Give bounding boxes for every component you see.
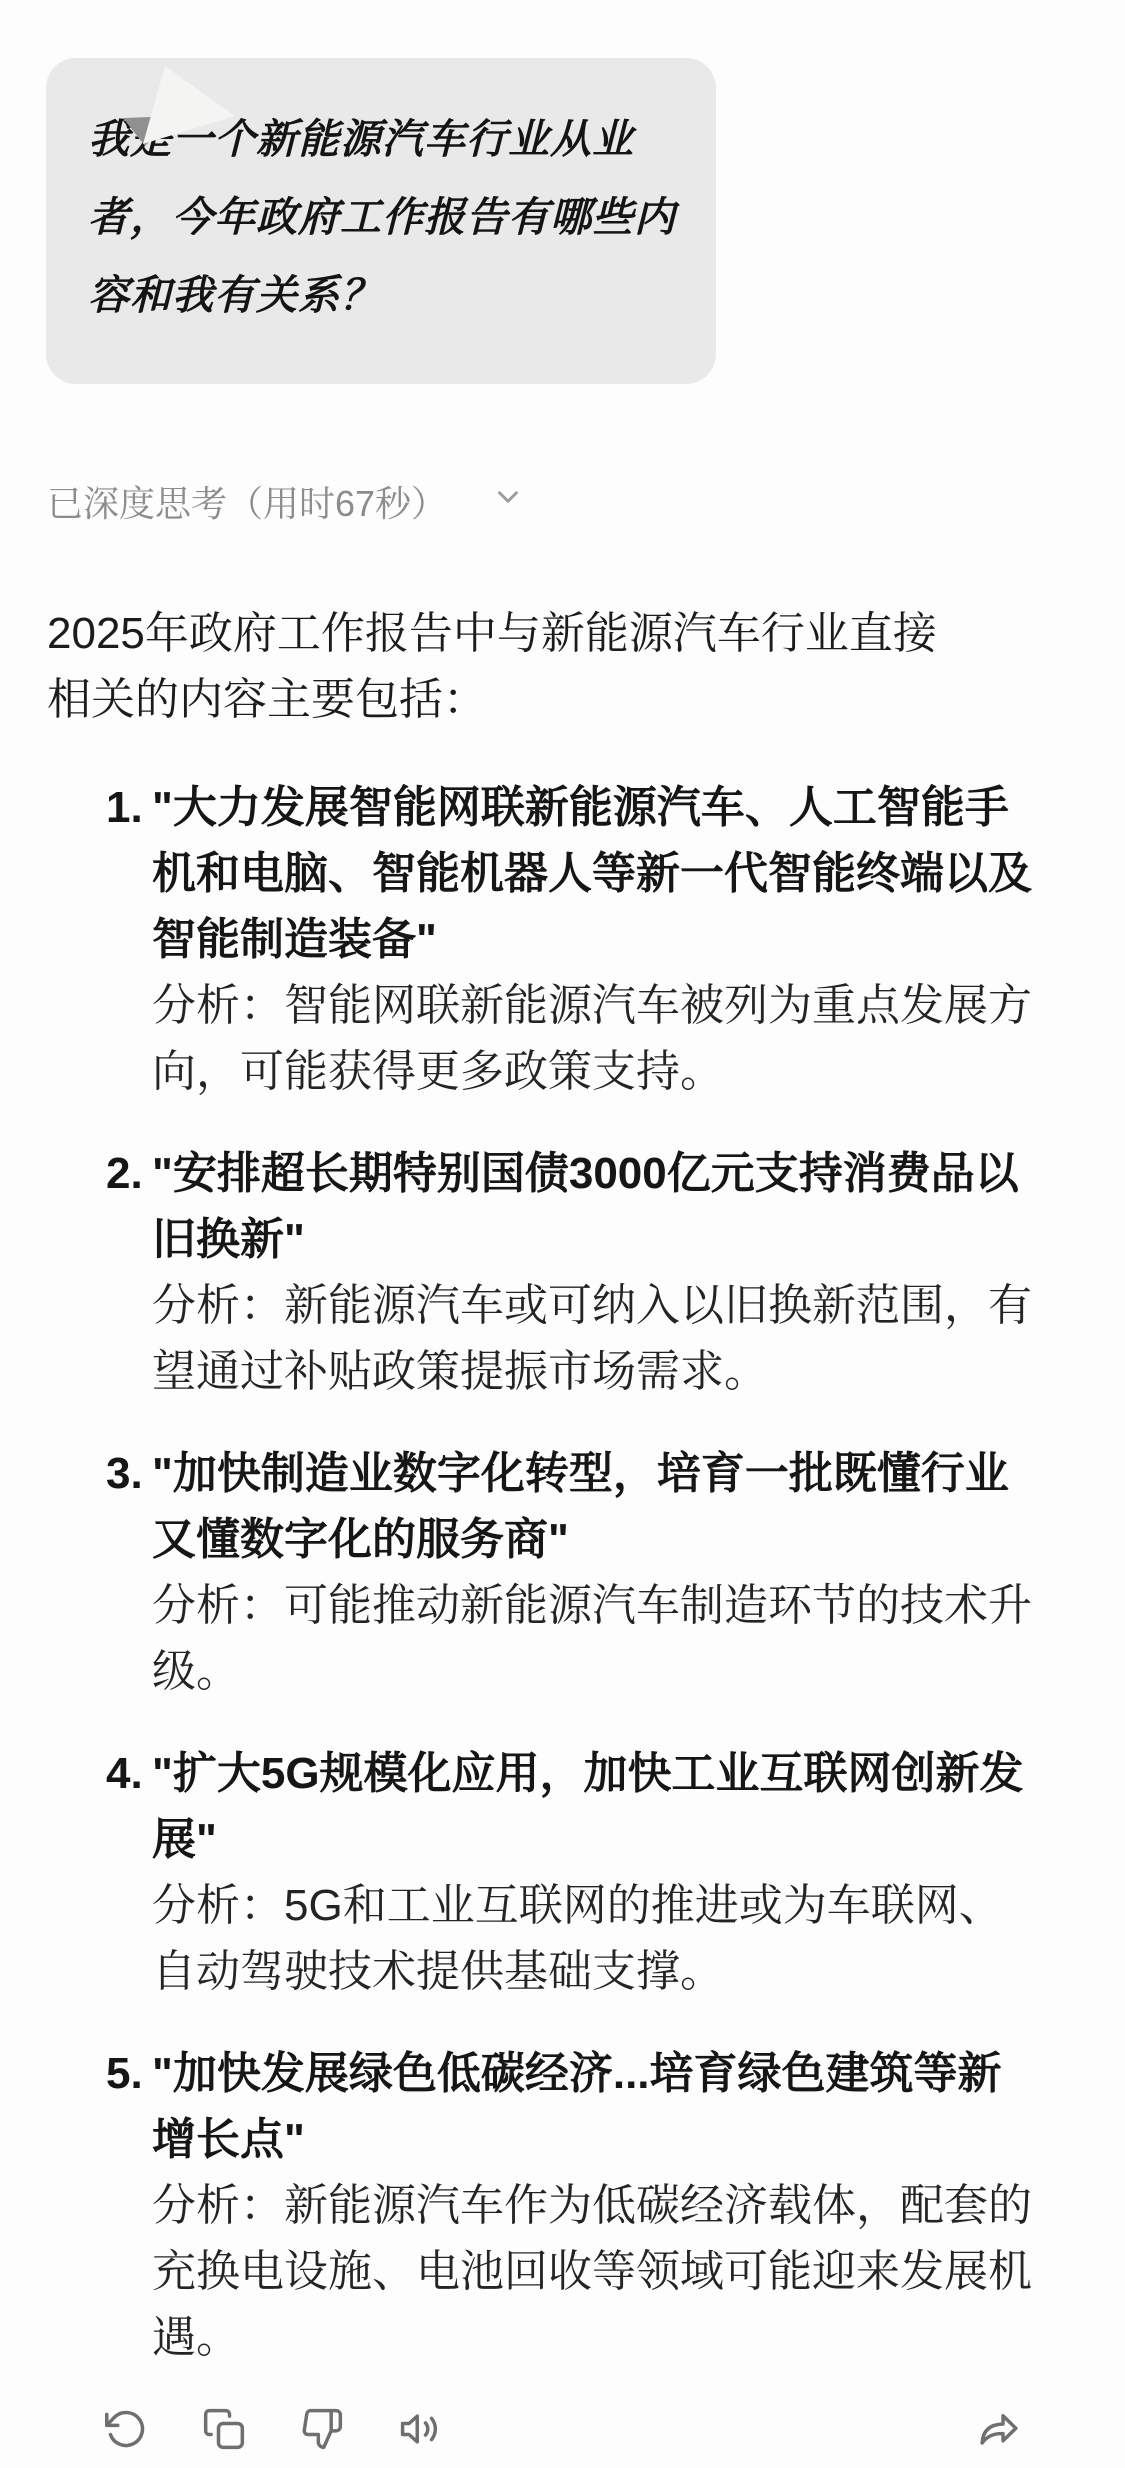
list-item-number: 2. (106, 1141, 152, 1405)
read-aloud-button[interactable] (398, 2407, 442, 2451)
list-item: 1. "大力发展智能网联新能源汽车、人工智能手 机和电脑、智能机器人等新一代智能… (106, 775, 1089, 1105)
list-item-number: 4. (106, 1741, 152, 2005)
bubble-tail (95, 58, 245, 150)
list-item-quote: "扩大5G规模化应用，加快工业互联网创新发 展" (152, 1741, 1089, 1873)
list-item-analysis: 分析：智能网联新能源汽车被列为重点发展方 向，可能获得更多政策支持。 (152, 973, 1089, 1105)
regenerate-icon (104, 2407, 148, 2451)
list-item-quote: "安排超长期特别国债3000亿元支持消费品以 旧换新" (152, 1141, 1089, 1273)
copy-button[interactable] (202, 2407, 246, 2451)
copy-icon (202, 2407, 246, 2451)
list-item: 5. "加快发展绿色低碳经济...培育绿色建筑等新 增长点" 分析：新能源汽车作… (106, 2041, 1089, 2371)
list-item: 4. "扩大5G规模化应用，加快工业互联网创新发 展" 分析：5G和工业互联网的… (106, 1741, 1089, 2005)
thumbs-down-icon (300, 2407, 344, 2451)
user-message: 我是一个新能源汽车行业从业 者，今年政府工作报告有哪些内 容和我有关系？ (0, 58, 1125, 384)
assistant-answer: 2025年政府工作报告中与新能源汽车行业直接 相关的内容主要包括： 1. "大力… (0, 601, 1125, 2371)
message-toolbar (0, 2407, 1125, 2451)
list-item-number: 3. (106, 1441, 152, 1705)
list-item-analysis: 分析：新能源汽车作为低碳经济载体，配套的 充换电设施、电池回收等领域可能迎来发展… (152, 2173, 1089, 2371)
regenerate-button[interactable] (104, 2407, 148, 2451)
list-item-analysis: 分析：新能源汽车或可纳入以旧换新范围，有 望通过补贴政策提振市场需求。 (152, 1273, 1089, 1405)
share-button[interactable] (977, 2407, 1021, 2451)
list-item-quote: "加快制造业数字化转型，培育一批既懂行业 又懂数字化的服务商" (152, 1441, 1089, 1573)
list-item: 2. "安排超长期特别国债3000亿元支持消费品以 旧换新" 分析：新能源汽车或… (106, 1141, 1089, 1405)
list-item-analysis: 分析：5G和工业互联网的推进或为车联网、 自动驾驶技术提供基础支撑。 (152, 1873, 1089, 2005)
thumbs-down-button[interactable] (300, 2407, 344, 2451)
chevron-down-icon (491, 480, 525, 523)
share-icon (977, 2407, 1021, 2451)
thinking-toggle[interactable]: 已深度思考（用时67秒） (47, 476, 525, 527)
list-item-number: 1. (106, 775, 152, 1105)
read-aloud-icon (398, 2407, 442, 2451)
thinking-label: 已深度思考（用时67秒） (47, 476, 447, 527)
list-item-analysis: 分析：可能推动新能源汽车制造环节的技术升 级。 (152, 1573, 1089, 1705)
list-item-quote: "加快发展绿色低碳经济...培育绿色建筑等新 增长点" (152, 2041, 1089, 2173)
answer-intro: 2025年政府工作报告中与新能源汽车行业直接 相关的内容主要包括： (47, 601, 1075, 733)
list-item-number: 5. (106, 2041, 152, 2371)
answer-list: 1. "大力发展智能网联新能源汽车、人工智能手 机和电脑、智能机器人等新一代智能… (0, 775, 1125, 2371)
list-item: 3. "加快制造业数字化转型，培育一批既懂行业 又懂数字化的服务商" 分析：可能… (106, 1441, 1089, 1705)
list-item-quote: "大力发展智能网联新能源汽车、人工智能手 机和电脑、智能机器人等新一代智能终端以… (152, 775, 1089, 973)
